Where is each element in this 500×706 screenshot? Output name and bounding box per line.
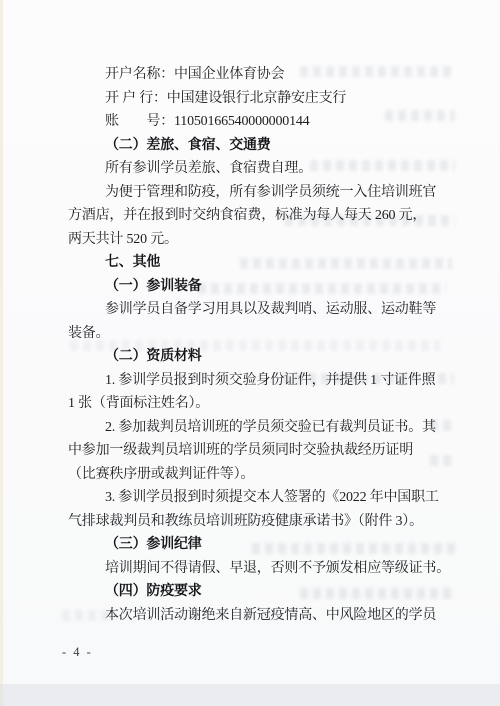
body-line: 方酒店，并在报到时交纳食宿费，标准为每人每天 260 元，: [68, 204, 434, 228]
body-line: 气排球裁判员和教练员培训班防疫健康承诺书》（附件 3）。: [68, 510, 434, 534]
document-body: 开户名称：中国企业体育协会 开 户 行：中国建设银行北京静安庄支行 账 号：11…: [68, 63, 434, 627]
body-line: 为便于管理和防疫，所有参训学员须统一入住培训班官: [68, 181, 434, 205]
section-heading-discipline: （三）参训纪律: [68, 533, 434, 557]
body-line: 2. 参加裁判员培训班的学员须交验已有裁判员证书。其: [68, 416, 434, 440]
section-heading-covid: （四）防疫要求: [68, 580, 434, 604]
body-line: 3. 参训学员报到时须提交本人签署的《2022 年中国职工: [68, 486, 434, 510]
body-line: 所有参训学员差旅、食宿费自理。: [68, 157, 434, 181]
body-line: 1 张（背面标注姓名）。: [68, 392, 434, 416]
bank-account-name-line: 开户名称：中国企业体育协会: [68, 63, 434, 87]
body-line: （比赛秩序册或裁判证件等）。: [68, 463, 434, 487]
body-line: 装备。: [68, 322, 434, 346]
page-bottom-edge: [0, 684, 500, 706]
section-heading-materials: （二）资质材料: [68, 345, 434, 369]
body-line: 1. 参训学员报到时须交验身份证件，并提供 1 寸证件照: [68, 369, 434, 393]
bank-branch-line: 开 户 行：中国建设银行北京静安庄支行: [68, 87, 434, 111]
body-line: 培训期间不得请假、早退，否则不予颁发相应等级证书。: [68, 557, 434, 581]
section-heading-others: 七、其他: [68, 251, 434, 275]
bank-account-number-line: 账 号：11050166540000000144: [68, 110, 434, 134]
section-heading-equipment: （一）参训装备: [68, 275, 434, 299]
section-heading-travel-fees: （二）差旅、食宿、交通费: [68, 134, 434, 158]
body-line: 中参加一级裁判员培训班的学员须同时交验执裁经历证明: [68, 439, 434, 463]
page-number: - 4 -: [62, 645, 93, 660]
body-line: 本次培训活动谢绝来自新冠疫情高、中风险地区的学员: [68, 604, 434, 628]
body-line: 参训学员自备学习用具以及裁判哨、运动服、运动鞋等: [68, 298, 434, 322]
body-line: 两天共计 520 元。: [68, 228, 434, 252]
document-page: 开户名称：中国企业体育协会 开 户 行：中国建设银行北京静安庄支行 账 号：11…: [0, 0, 500, 706]
page-left-edge: [0, 0, 3, 706]
